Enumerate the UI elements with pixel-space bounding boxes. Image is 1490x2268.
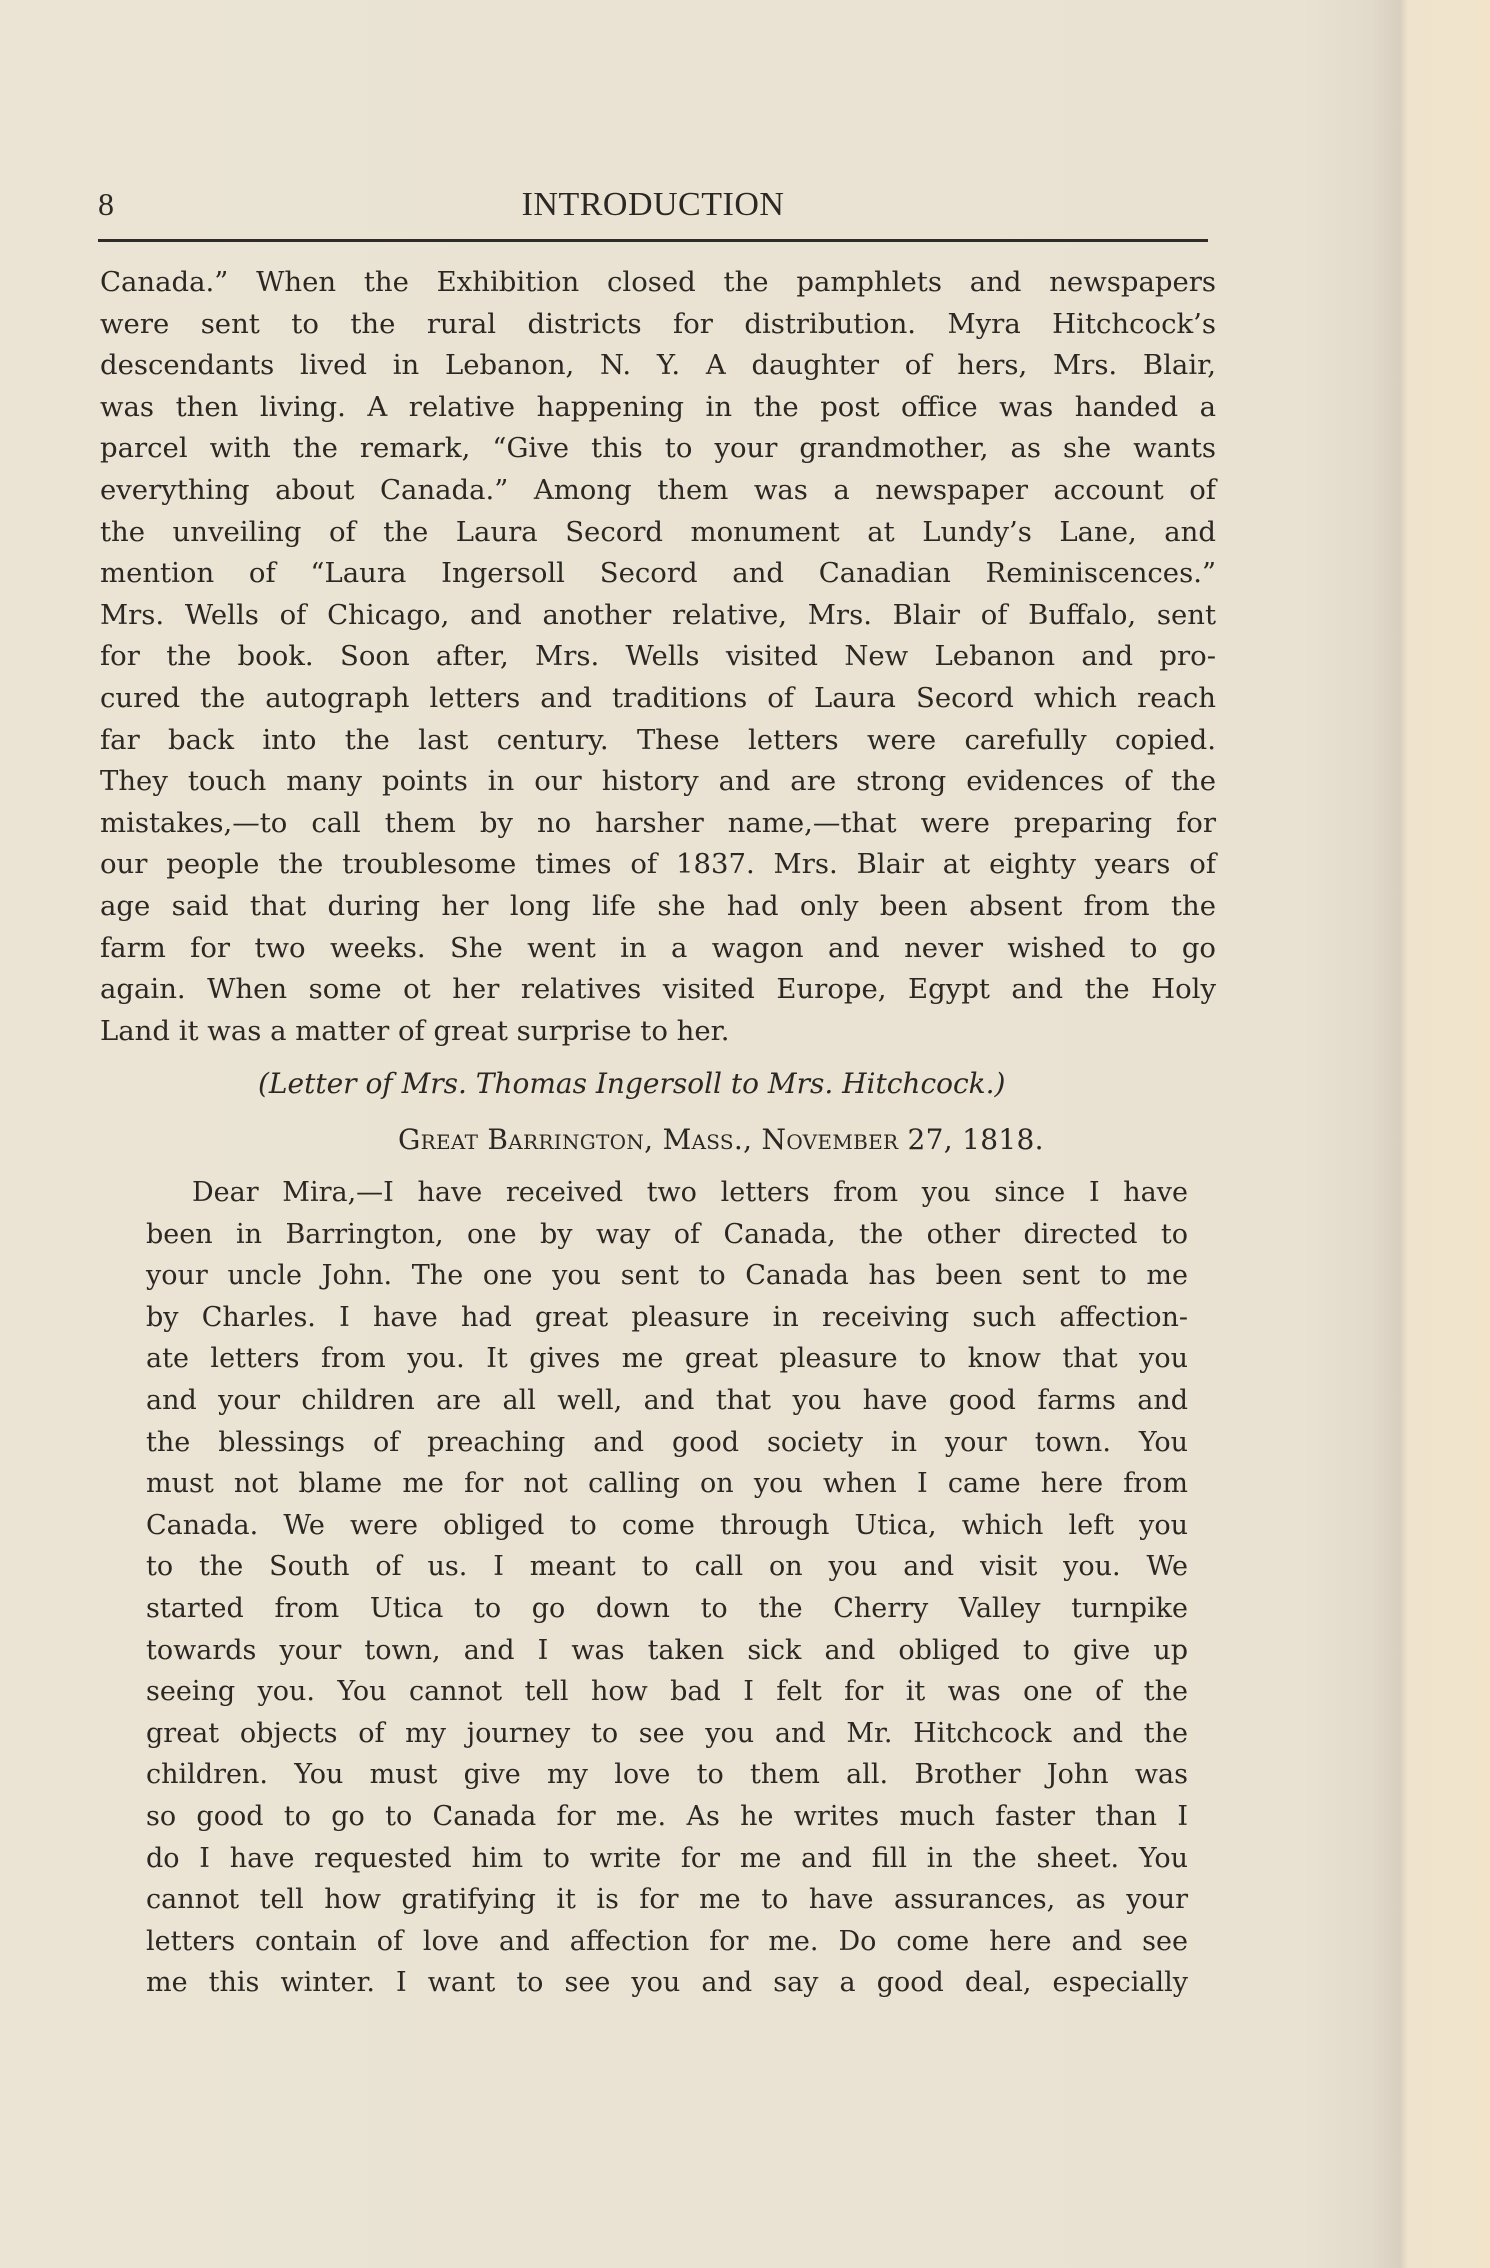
- letter-line: must not blame me for not calling on you…: [146, 1463, 1188, 1505]
- text-line: everything about Canada.” Among them was…: [100, 470, 1216, 512]
- letter-line: Dear Mira,—I have received two letters f…: [146, 1172, 1188, 1214]
- text-line: They touch many points in our history an…: [100, 761, 1216, 803]
- letter-line: and your children are all well, and that…: [146, 1380, 1188, 1422]
- text-line: descendants lived in Lebanon, N. Y. A da…: [100, 345, 1216, 387]
- letter-line: letters contain of love and affection fo…: [146, 1921, 1188, 1963]
- text-line: were sent to the rural districts for dis…: [100, 304, 1216, 346]
- text-line: Mrs. Wells of Chicago, and another relat…: [100, 595, 1216, 637]
- letter-line: towards your town, and I was taken sick …: [146, 1630, 1188, 1672]
- text-line: our people the troublesome times of 1837…: [100, 844, 1216, 886]
- text-line: again. When some ot her relatives visite…: [100, 969, 1216, 1011]
- letter-line: by Charles. I have had great pleasure in…: [146, 1297, 1188, 1339]
- letter-line: been in Barrington, one by way of Canada…: [146, 1214, 1188, 1256]
- intro-paragraph: Canada.” When the Exhibition closed the …: [100, 262, 1216, 1052]
- letter-line: great objects of my journey to see you a…: [146, 1713, 1188, 1755]
- letter-body: Dear Mira,—I have received two letters f…: [146, 1172, 1188, 2004]
- text-line: Land it was a matter of great surprise t…: [100, 1011, 1216, 1053]
- running-head: INTRODUCTION: [98, 186, 1208, 224]
- letter-line: started from Utica to go down to the Che…: [146, 1588, 1188, 1630]
- letter-line: the blessings of preaching and good soci…: [146, 1422, 1188, 1464]
- text-line: the unveiling of the Laura Secord monume…: [100, 512, 1216, 554]
- letter-title: (Letter of Mrs. Thomas Ingersoll to Mrs.…: [258, 1067, 1005, 1100]
- text-line: was then living. A relative happening in…: [100, 387, 1216, 429]
- letter-line: your uncle John. The one you sent to Can…: [146, 1255, 1188, 1297]
- header-rule: [98, 239, 1208, 242]
- letter-line: children. You must give my love to them …: [146, 1754, 1188, 1796]
- text-line: farm for two weeks. She went in a wagon …: [100, 928, 1216, 970]
- book-page: 8 INTRODUCTION Canada.” When the Exhibit…: [0, 0, 1490, 2268]
- page-header: 8 INTRODUCTION: [98, 182, 1208, 242]
- text-line: far back into the last century. These le…: [100, 720, 1216, 762]
- letter-line: seeing you. You cannot tell how bad I fe…: [146, 1671, 1188, 1713]
- text-line: for the book. Soon after, Mrs. Wells vis…: [100, 636, 1216, 678]
- letter-line: to the South of us. I meant to call on y…: [146, 1546, 1188, 1588]
- text-line: age said that during her long life she h…: [100, 886, 1216, 928]
- letter-line: me this winter. I want to see you and sa…: [146, 1962, 1188, 2004]
- text-line: mistakes,—to call them by no harsher nam…: [100, 803, 1216, 845]
- letter-line: Canada. We were obliged to come through …: [146, 1505, 1188, 1547]
- text-line: cured the autograph letters and traditio…: [100, 678, 1216, 720]
- letter-dateline: Great Barrington, Mass., November 27, 18…: [398, 1123, 1044, 1156]
- text-line: Canada.” When the Exhibition closed the …: [100, 262, 1216, 304]
- letter-line: do I have requested him to write for me …: [146, 1838, 1188, 1880]
- letter-line: ate letters from you. It gives me great …: [146, 1338, 1188, 1380]
- text-line: parcel with the remark, “Give this to yo…: [100, 428, 1216, 470]
- text-line: mention of “Laura Ingersoll Secord and C…: [100, 553, 1216, 595]
- letter-line: so good to go to Canada for me. As he wr…: [146, 1796, 1188, 1838]
- letter-line: cannot tell how gratifying it is for me …: [146, 1879, 1188, 1921]
